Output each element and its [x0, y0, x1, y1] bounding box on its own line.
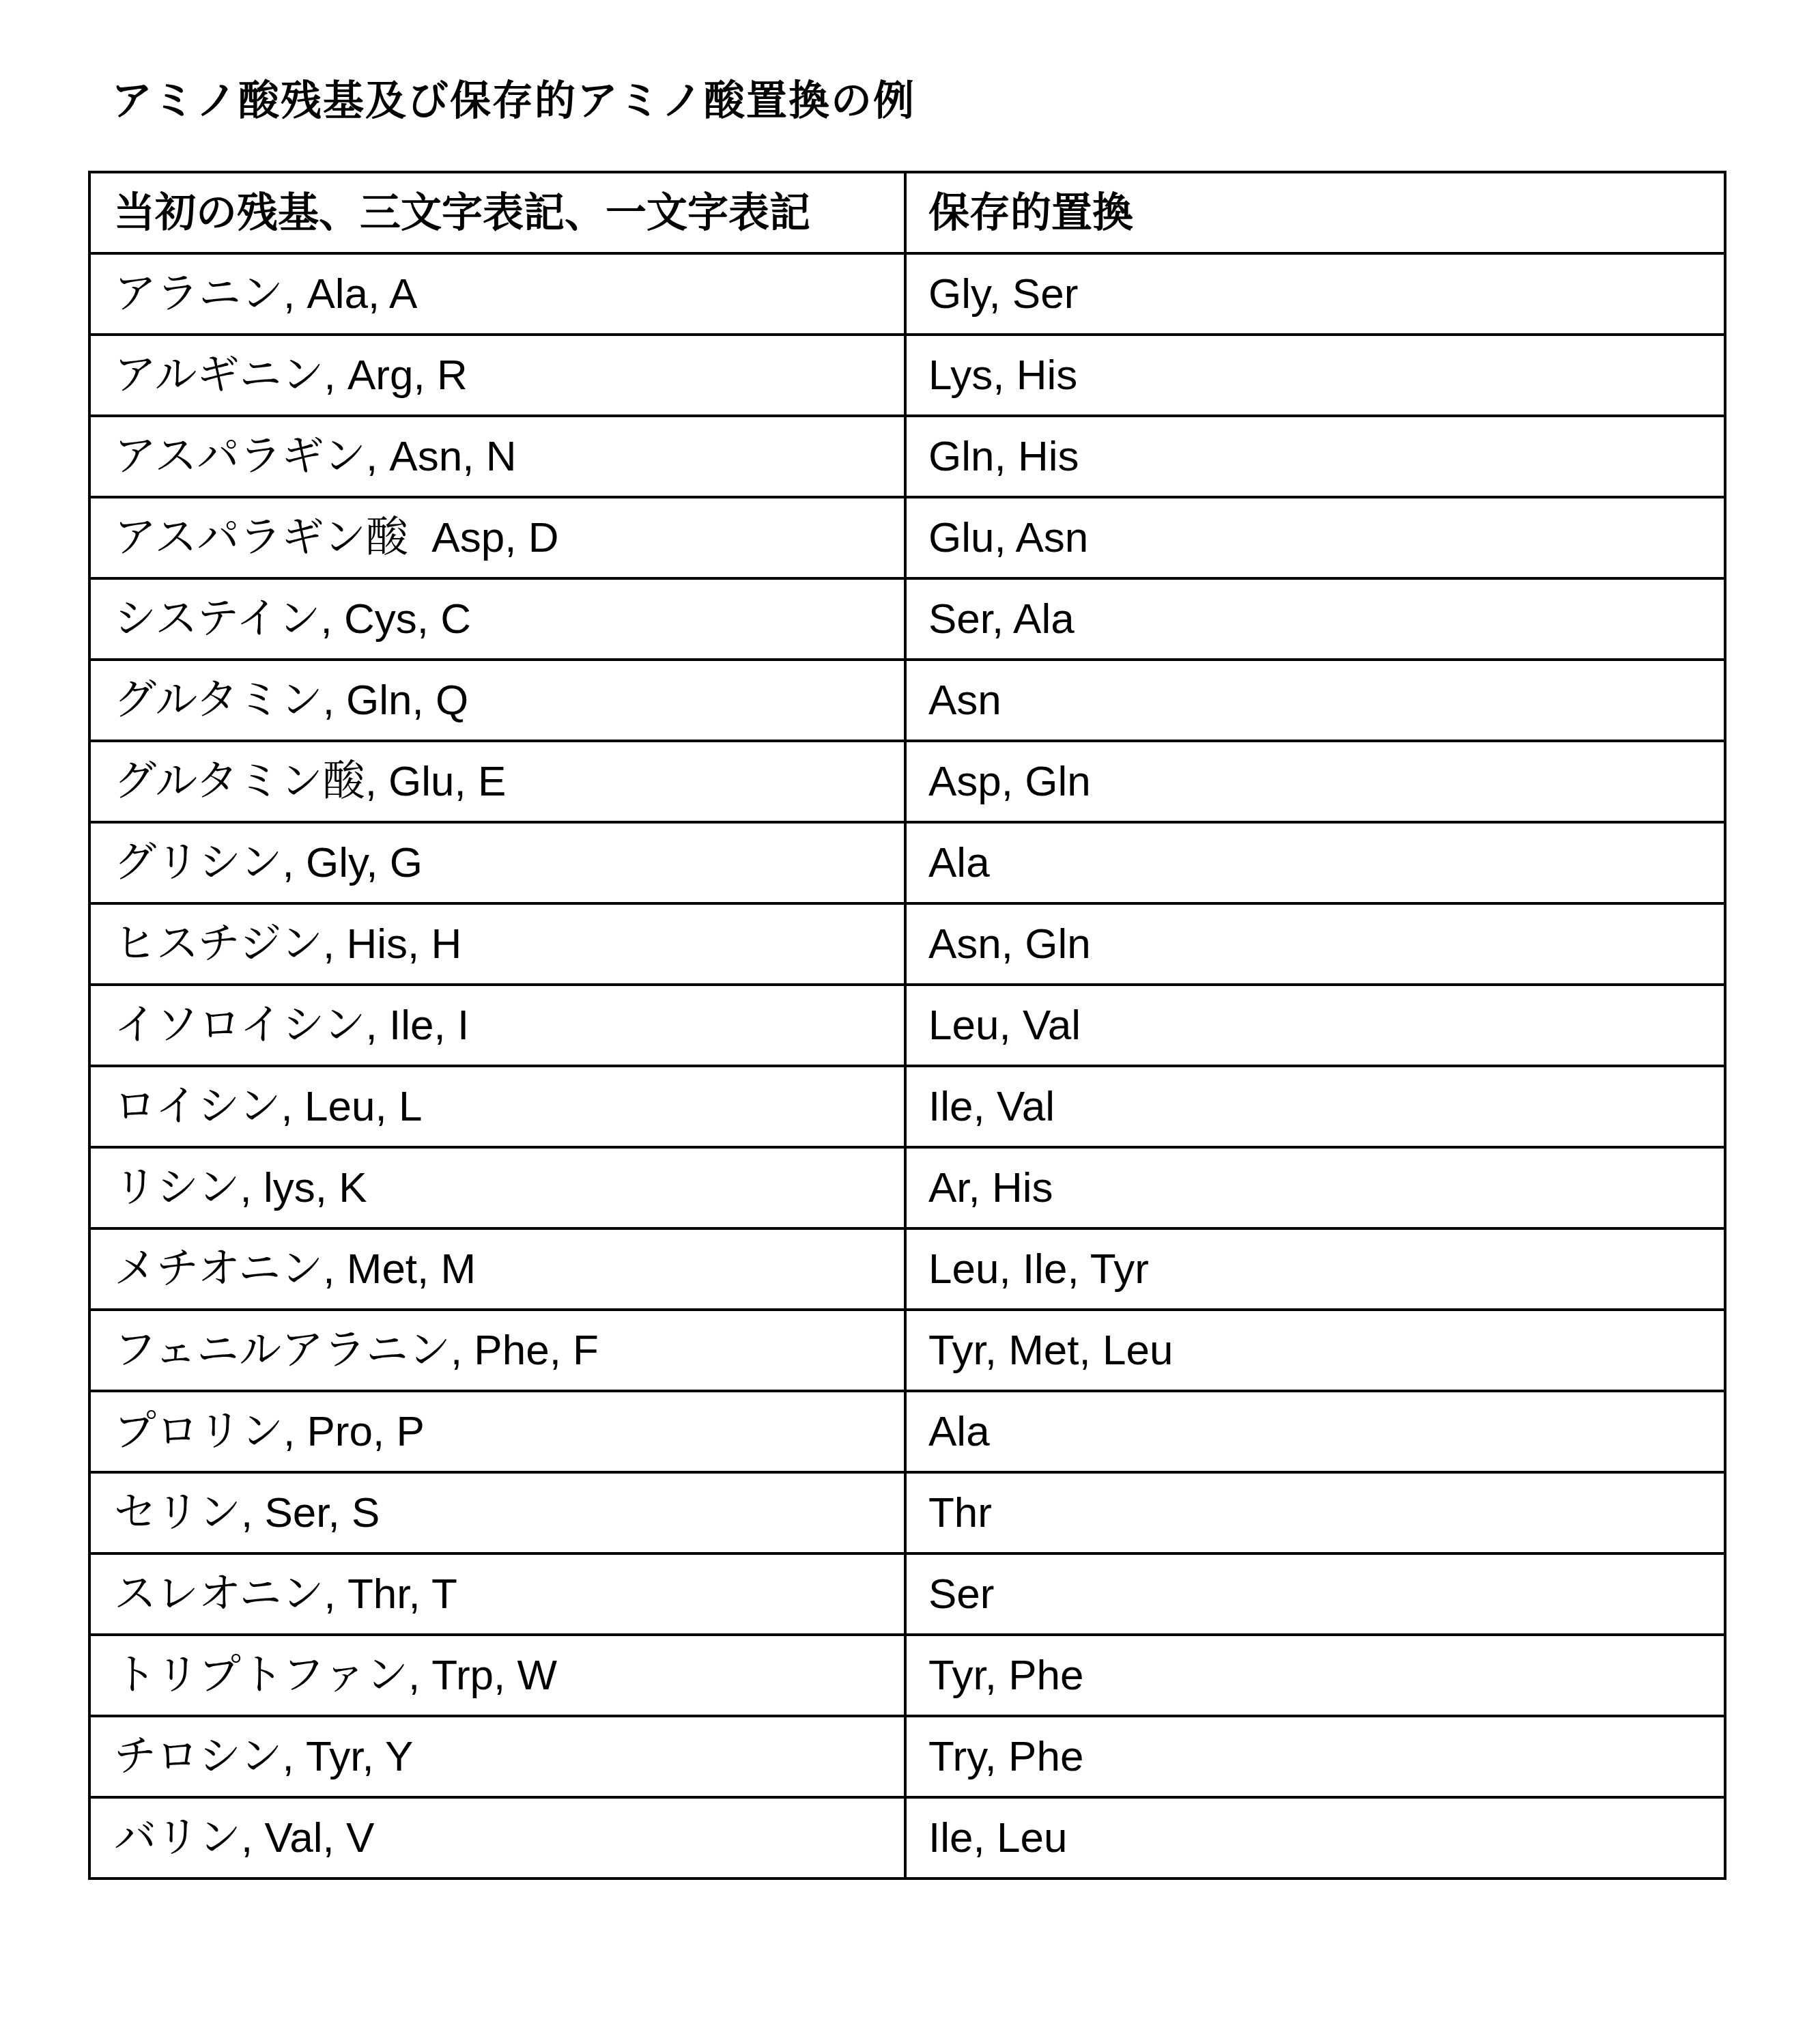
- header-original-residue: 当初の残基、三文字表記、一文字表記: [89, 172, 905, 253]
- table-row: メチオニン, Met, M Leu, Ile, Tyr: [89, 1228, 1725, 1310]
- table-row: ロイシン, Leu, L Ile, Val: [89, 1066, 1725, 1147]
- residue-cell: アスパラギン, Asn, N: [89, 416, 905, 497]
- substitution-cell: Asp, Gln: [905, 741, 1725, 822]
- residue-cell: アスパラギン酸 Asp, D: [89, 497, 905, 578]
- substitution-cell: Leu, Val: [905, 985, 1725, 1066]
- substitution-cell: Glu, Asn: [905, 497, 1725, 578]
- substitution-cell: Asn: [905, 660, 1725, 741]
- table-row: バリン, Val, V Ile, Leu: [89, 1797, 1725, 1879]
- substitution-cell: Ser: [905, 1553, 1725, 1635]
- document-title: アミノ酸残基及び保存的アミノ酸置換の例: [111, 74, 915, 128]
- substitution-cell: Tyr, Phe: [905, 1635, 1725, 1716]
- residue-cell: メチオニン, Met, M: [89, 1228, 905, 1310]
- table-row: リシン, lys, K Ar, His: [89, 1147, 1725, 1228]
- table-row: プロリン, Pro, P Ala: [89, 1391, 1725, 1472]
- table-row: チロシン, Tyr, Y Try, Phe: [89, 1716, 1725, 1797]
- residue-cell: システイン, Cys, C: [89, 578, 905, 660]
- table-row: グルタミン, Gln, Q Asn: [89, 660, 1725, 741]
- table-row: アスパラギン酸 Asp, D Glu, Asn: [89, 497, 1725, 578]
- residue-cell: グルタミン, Gln, Q: [89, 660, 905, 741]
- substitution-cell: Ile, Val: [905, 1066, 1725, 1147]
- table-row: アラニン, Ala, A Gly, Ser: [89, 253, 1725, 335]
- residue-cell: トリプトファン, Trp, W: [89, 1635, 905, 1716]
- table-row: アルギニン, Arg, R Lys, His: [89, 335, 1725, 416]
- residue-cell: セリン, Ser, S: [89, 1472, 905, 1553]
- table-row: スレオニン, Thr, T Ser: [89, 1553, 1725, 1635]
- amino-acid-substitution-table: 当初の残基、三文字表記、一文字表記 保存的置換 アラニン, Ala, A Gly…: [88, 171, 1726, 1880]
- substitution-cell: Ar, His: [905, 1147, 1725, 1228]
- residue-cell: リシン, lys, K: [89, 1147, 905, 1228]
- residue-cell: グルタミン酸, Glu, E: [89, 741, 905, 822]
- table-row: システイン, Cys, C Ser, Ala: [89, 578, 1725, 660]
- residue-cell: イソロイシン, Ile, I: [89, 985, 905, 1066]
- substitution-cell: Gln, His: [905, 416, 1725, 497]
- substitution-cell: Try, Phe: [905, 1716, 1725, 1797]
- table-row: フェニルアラニン, Phe, F Tyr, Met, Leu: [89, 1310, 1725, 1391]
- substitution-cell: Leu, Ile, Tyr: [905, 1228, 1725, 1310]
- residue-cell: アルギニン, Arg, R: [89, 335, 905, 416]
- residue-cell: プロリン, Pro, P: [89, 1391, 905, 1472]
- residue-cell: スレオニン, Thr, T: [89, 1553, 905, 1635]
- substitution-cell: Lys, His: [905, 335, 1725, 416]
- substitution-cell: Thr: [905, 1472, 1725, 1553]
- table-row: ヒスチジン, His, H Asn, Gln: [89, 903, 1725, 985]
- residue-cell: アラニン, Ala, A: [89, 253, 905, 335]
- substitution-cell: Tyr, Met, Leu: [905, 1310, 1725, 1391]
- substitution-cell: Ser, Ala: [905, 578, 1725, 660]
- table-row: トリプトファン, Trp, W Tyr, Phe: [89, 1635, 1725, 1716]
- substitution-cell: Ile, Leu: [905, 1797, 1725, 1879]
- residue-cell: ヒスチジン, His, H: [89, 903, 905, 985]
- table-row: グリシン, Gly, G Ala: [89, 822, 1725, 903]
- substitution-cell: Asn, Gln: [905, 903, 1725, 985]
- residue-cell: ロイシン, Leu, L: [89, 1066, 905, 1147]
- residue-cell: フェニルアラニン, Phe, F: [89, 1310, 905, 1391]
- table-row: アスパラギン, Asn, N Gln, His: [89, 416, 1725, 497]
- residue-cell: チロシン, Tyr, Y: [89, 1716, 905, 1797]
- table-row: イソロイシン, Ile, I Leu, Val: [89, 985, 1725, 1066]
- table-row: セリン, Ser, S Thr: [89, 1472, 1725, 1553]
- table-header-row: 当初の残基、三文字表記、一文字表記 保存的置換: [89, 172, 1725, 253]
- substitution-cell: Ala: [905, 822, 1725, 903]
- substitution-cell: Ala: [905, 1391, 1725, 1472]
- table-row: グルタミン酸, Glu, E Asp, Gln: [89, 741, 1725, 822]
- residue-cell: バリン, Val, V: [89, 1797, 905, 1879]
- header-conservative-substitution: 保存的置換: [905, 172, 1725, 253]
- residue-cell: グリシン, Gly, G: [89, 822, 905, 903]
- substitution-cell: Gly, Ser: [905, 253, 1725, 335]
